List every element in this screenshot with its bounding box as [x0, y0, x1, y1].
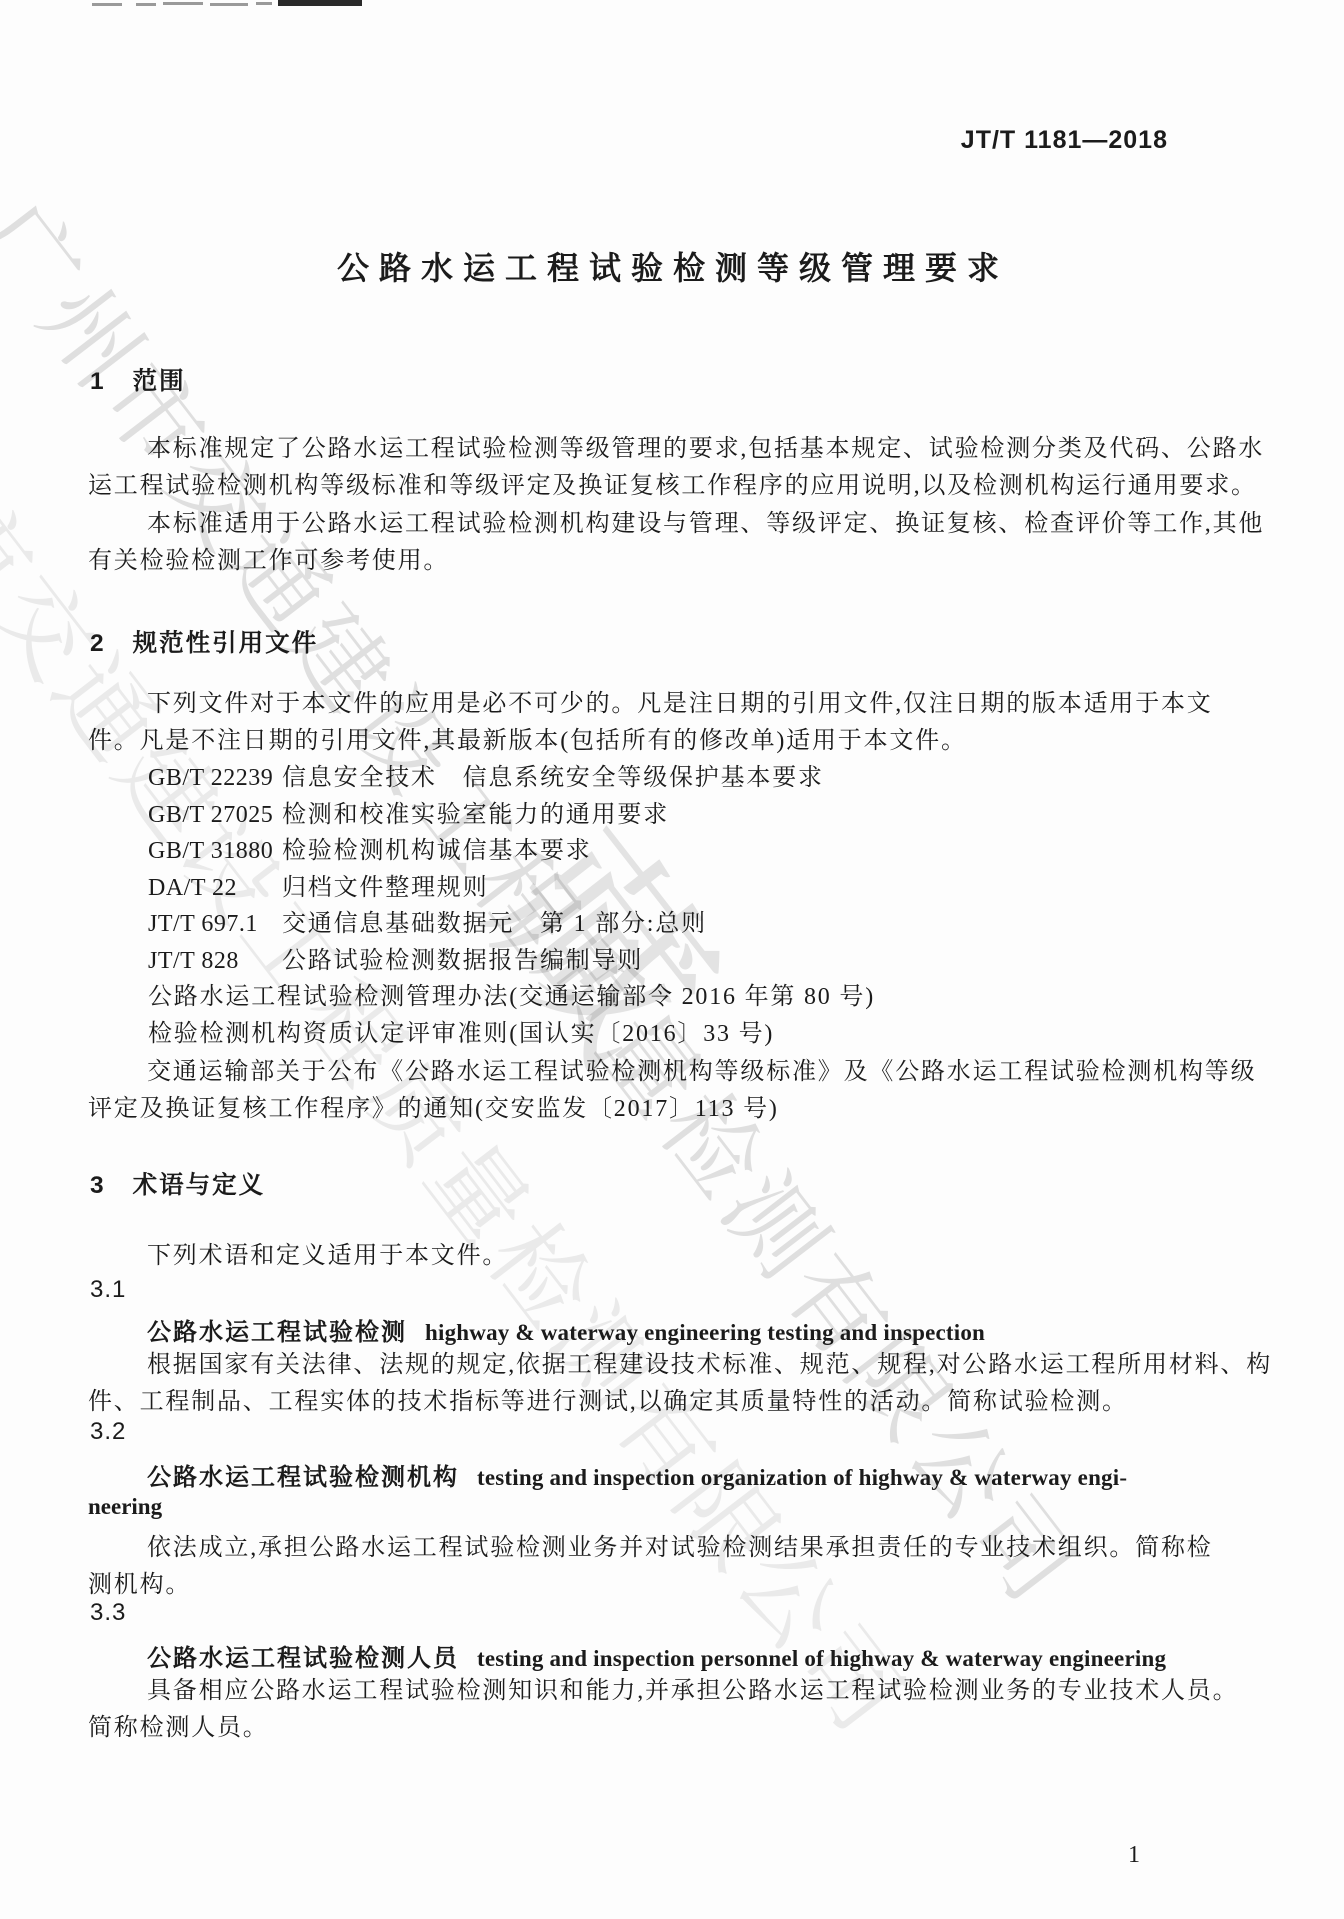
reference-row: JT/T 828公路试验检测数据报告编制导则 — [88, 943, 1258, 980]
paragraph-line: 测机构。 — [88, 1567, 1258, 1604]
term-definition-title: 公路水运工程试验检测highway & waterway engineering… — [88, 1312, 1258, 1347]
paragraph-line: 下列术语和定义适用于本文件。 — [88, 1238, 1258, 1275]
paragraph-line: 下列文件对于本文件的应用是必不可少的。凡是注日期的引用文件,仅注日期的版本适用于… — [88, 686, 1258, 723]
section-number: 2 — [90, 630, 106, 657]
term-english-continuation: neering — [88, 1494, 162, 1520]
reference-row: 公路水运工程试验检测管理办法(交通运输部令 2016 年第 80 号) — [88, 979, 1258, 1016]
reference-row: GB/T 31880检验检测机构诚信基本要求 — [88, 833, 1258, 870]
paragraph-line: 简称检测人员。 — [88, 1710, 1258, 1747]
reference-row: 检验检测机构资质认定评审准则(国认实〔2016〕33 号) — [88, 1016, 1258, 1053]
section-2-paragraph-1: 下列文件对于本文件的应用是必不可少的。凡是注日期的引用文件,仅注日期的版本适用于… — [88, 686, 1258, 759]
reference-title: 公路试验检测数据报告编制导则 — [282, 948, 643, 974]
reference-code: GB/T 31880 — [148, 833, 282, 870]
scan-artifact — [163, 2, 203, 5]
reference-code: DA/T 22 — [148, 870, 282, 907]
paragraph-line: 评定及换证复核工作程序》的通知(交安监发〔2017〕113 号) — [88, 1091, 1258, 1128]
section-2-heading: 2规范性引用文件 — [90, 624, 318, 659]
term-number: 3.1 — [90, 1276, 126, 1304]
reference-row: GB/T 22239信息安全技术 信息系统安全等级保护基本要求 — [88, 760, 1258, 797]
term-definition-body: 根据国家有关法律、法规的规定,依据工程建设技术标准、规范、规程,对公路水运工程所… — [88, 1347, 1258, 1420]
term-english: testing and inspection personnel of high… — [477, 1646, 1166, 1671]
paragraph-line: 件。凡是不注日期的引用文件,其最新版本(包括所有的修改单)适用于本文件。 — [88, 723, 1258, 760]
reference-title: 检验检测机构诚信基本要求 — [282, 838, 592, 864]
reference-row: JT/T 697.1交通信息基础数据元 第 1 部分:总则 — [88, 906, 1258, 943]
scan-artifact — [92, 3, 122, 6]
paragraph-line: 本标准规定了公路水运工程试验检测等级管理的要求,包括基本规定、试验检测分类及代码… — [88, 431, 1258, 468]
reference-code: GB/T 27025 — [148, 797, 282, 834]
normative-references-list: GB/T 22239信息安全技术 信息系统安全等级保护基本要求 GB/T 270… — [88, 760, 1258, 979]
term-english: testing and inspection organization of h… — [477, 1465, 1127, 1490]
page-number: 1 — [1128, 1842, 1140, 1869]
paragraph-line: 交通运输部关于公布《公路水运工程试验检测机构等级标准》及《公路水运工程试验检测机… — [88, 1054, 1258, 1091]
section-3-intro: 下列术语和定义适用于本文件。 — [88, 1238, 1258, 1275]
term-number: 3.2 — [90, 1418, 126, 1446]
term-english: highway & waterway engineering testing a… — [425, 1320, 985, 1345]
reference-row: DA/T 22归档文件整理规则 — [88, 870, 1258, 907]
paragraph-line: 有关检验检测工作可参考使用。 — [88, 543, 1258, 580]
section-1-paragraph-1: 本标准规定了公路水运工程试验检测等级管理的要求,包括基本规定、试验检测分类及代码… — [88, 431, 1258, 504]
term-number: 3.3 — [90, 1599, 126, 1627]
doc-title: 公路水运工程试验检测等级管理要求 — [88, 243, 1258, 289]
paragraph-line: 本标准适用于公路水运工程试验检测机构建设与管理、等级评定、换证复核、检查评价等工… — [88, 506, 1258, 543]
term-chinese: 公路水运工程试验检测人员 — [88, 1645, 459, 1672]
paragraph-line: 根据国家有关法律、法规的规定,依据工程建设技术标准、规范、规程,对公路水运工程所… — [88, 1347, 1258, 1384]
paragraph-line: 具备相应公路水运工程试验检测知识和能力,并承担公路水运工程试验检测业务的专业技术… — [88, 1673, 1258, 1710]
regulatory-references: 公路水运工程试验检测管理办法(交通运输部令 2016 年第 80 号) 检验检测… — [88, 979, 1258, 1052]
term-definition-title: 公路水运工程试验检测机构testing and inspection organ… — [88, 1457, 1258, 1492]
section-title: 规范性引用文件 — [133, 630, 319, 657]
reference-title: 信息安全技术 信息系统安全等级保护基本要求 — [282, 765, 824, 791]
scanned-standard-page: 广州市交通建设工程质量检测有限公司 广州市交通建设工程质量检测有限公司 藏 JT… — [0, 0, 1344, 1919]
reference-title: 归档文件整理规则 — [282, 875, 488, 901]
doc-code: JT/T 1181—2018 — [88, 126, 1168, 155]
reference-row: GB/T 27025检测和校准实验室能力的通用要求 — [88, 797, 1258, 834]
reference-code: JT/T 697.1 — [148, 906, 282, 943]
reference-code: GB/T 22239 — [148, 760, 282, 797]
paragraph-line: 依法成立,承担公路水运工程试验检测业务并对试验检测结果承担责任的专业技术组织。简… — [88, 1530, 1258, 1567]
paragraph-line: 件、工程制品、工程实体的技术指标等进行测试,以确定其质量特性的活动。简称试验检测… — [88, 1384, 1258, 1421]
section-title: 术语与定义 — [133, 1172, 266, 1199]
scan-artifact — [210, 3, 248, 6]
term-definition-body: 依法成立,承担公路水运工程试验检测业务并对试验检测结果承担责任的专业技术组织。简… — [88, 1530, 1258, 1603]
term-chinese: 公路水运工程试验检测机构 — [88, 1464, 459, 1491]
section-title: 范围 — [133, 368, 186, 395]
scan-artifact — [278, 0, 362, 6]
term-definition-body: 具备相应公路水运工程试验检测知识和能力,并承担公路水运工程试验检测业务的专业技术… — [88, 1673, 1258, 1746]
term-definition-title: 公路水运工程试验检测人员testing and inspection perso… — [88, 1638, 1258, 1673]
section-number: 1 — [90, 368, 106, 395]
section-1-paragraph-2: 本标准适用于公路水运工程试验检测机构建设与管理、等级评定、换证复核、检查评价等工… — [88, 506, 1258, 579]
section-3-heading: 3术语与定义 — [90, 1166, 265, 1201]
section-1-heading: 1范围 — [90, 362, 186, 397]
paragraph-line: 运工程试验检测机构等级标准和等级评定及换证复核工作程序的应用说明,以及检测机构运… — [88, 468, 1258, 505]
reference-title: 交通信息基础数据元 第 1 部分:总则 — [282, 911, 707, 937]
scan-artifact — [136, 3, 156, 6]
term-chinese: 公路水运工程试验检测 — [88, 1319, 407, 1346]
reference-code: JT/T 828 — [148, 943, 282, 980]
reference-title: 检测和校准实验室能力的通用要求 — [282, 802, 669, 828]
section-2-paragraph-2: 交通运输部关于公布《公路水运工程试验检测机构等级标准》及《公路水运工程试验检测机… — [88, 1054, 1258, 1127]
scan-artifact — [256, 2, 272, 5]
section-number: 3 — [90, 1172, 106, 1199]
